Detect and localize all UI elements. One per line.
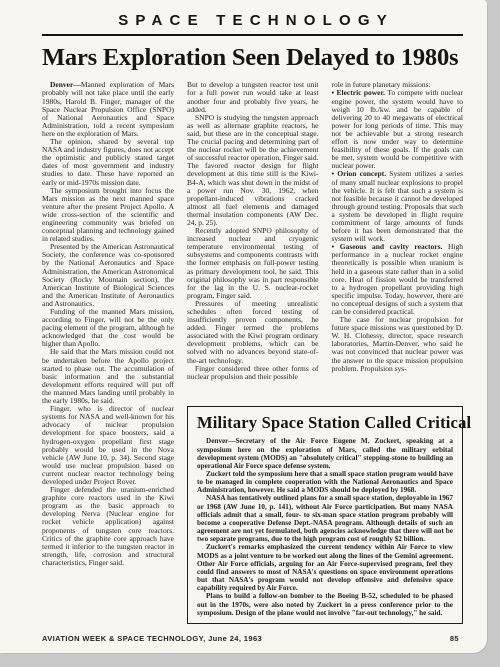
magazine-page: SPACE TECHNOLOGY Mars Exploration Seen D… <box>0 0 487 653</box>
paragraph: Finger, who is director of nuclear syste… <box>42 405 174 486</box>
paragraph: SNPO is studying the tungsten approach a… <box>187 114 319 227</box>
military-space-station-box: Military Space Station Called Critical D… <box>187 406 463 623</box>
kicker-rule <box>42 34 463 36</box>
paragraph: Finger considered three other forms of n… <box>187 365 319 381</box>
paragraph: Pressures of meeting unrealistic schedul… <box>187 300 319 365</box>
paragraph-lead: Denver— <box>50 80 81 89</box>
page-number: 85 <box>450 634 459 643</box>
paragraph: • Electric power. To compete with nuclea… <box>332 89 464 170</box>
paragraph: Funding of the manned Mars mission, acco… <box>42 308 174 348</box>
page-footer: AVIATION WEEK & SPACE TECHNOLOGY, June 2… <box>42 634 459 643</box>
paragraph-lead: • Gaseous and cavity reactors. <box>332 242 443 251</box>
paragraph: The opinion, shared by several top NASA … <box>42 138 174 187</box>
paragraph-lead: Denver— <box>206 437 236 445</box>
article-right-columns: But to develop a tungsten reactor test u… <box>187 81 463 401</box>
box-title: Military Space Station Called Critical <box>197 413 453 433</box>
paragraph: Plans to build a follow-on bomber to the… <box>197 592 453 616</box>
scan-background: SPACE TECHNOLOGY Mars Exploration Seen D… <box>0 0 500 667</box>
paragraph: But to develop a tungsten reactor test u… <box>187 81 319 113</box>
paragraph: The symposium brought into focus the Mar… <box>42 187 174 244</box>
paragraph: • Gaseous and cavity reactors. High perf… <box>332 243 464 316</box>
paragraph: Presented by the American Astronautical … <box>42 243 174 308</box>
article-column-2: But to develop a tungsten reactor test u… <box>187 81 319 401</box>
paragraph: NASA has tentatively outlined plans for … <box>197 494 453 543</box>
article-column-1: Denver—Manned exploration of Mars probab… <box>42 81 174 623</box>
paragraph: Denver—Secretary of the Air Force Eugene… <box>197 437 453 470</box>
article-body: Denver—Manned exploration of Mars probab… <box>42 81 463 623</box>
paragraph: Denver—Manned exploration of Mars probab… <box>42 81 174 138</box>
paragraph: Recently adopted SNPO philosophy of incr… <box>187 227 319 300</box>
paragraph: Finger defended the uranium-enriched gra… <box>42 486 174 567</box>
magazine-name-date: AVIATION WEEK & SPACE TECHNOLOGY, June 2… <box>42 634 262 643</box>
paragraph-lead: • Electric power. <box>332 88 386 97</box>
paragraph: Zuckert told the symposium here that a s… <box>197 470 453 494</box>
article-column-3: role in future planetary missions:• Elec… <box>332 81 464 401</box>
article-headline: Mars Exploration Seen Delayed to 1980s <box>42 44 463 72</box>
box-body: Denver—Secretary of the Air Force Eugene… <box>197 437 453 616</box>
article-right-area: But to develop a tungsten reactor test u… <box>187 81 463 623</box>
paragraph: He said that the Mars mission could not … <box>42 348 174 405</box>
page-header: SPACE TECHNOLOGY Mars Exploration Seen D… <box>42 12 463 72</box>
paragraph: Zuckert's remarks emphasized the current… <box>197 543 453 592</box>
screenshot-root: { "page": { "kicker": "SPACE TECHNOLOGY"… <box>0 0 500 667</box>
paragraph-lead: • Orion concept. <box>332 169 387 178</box>
paragraph: The case for nuclear propulsion for futu… <box>332 316 464 373</box>
section-kicker: SPACE TECHNOLOGY <box>42 12 463 29</box>
paragraph: • Orion concept. System utilizes a serie… <box>332 170 464 243</box>
